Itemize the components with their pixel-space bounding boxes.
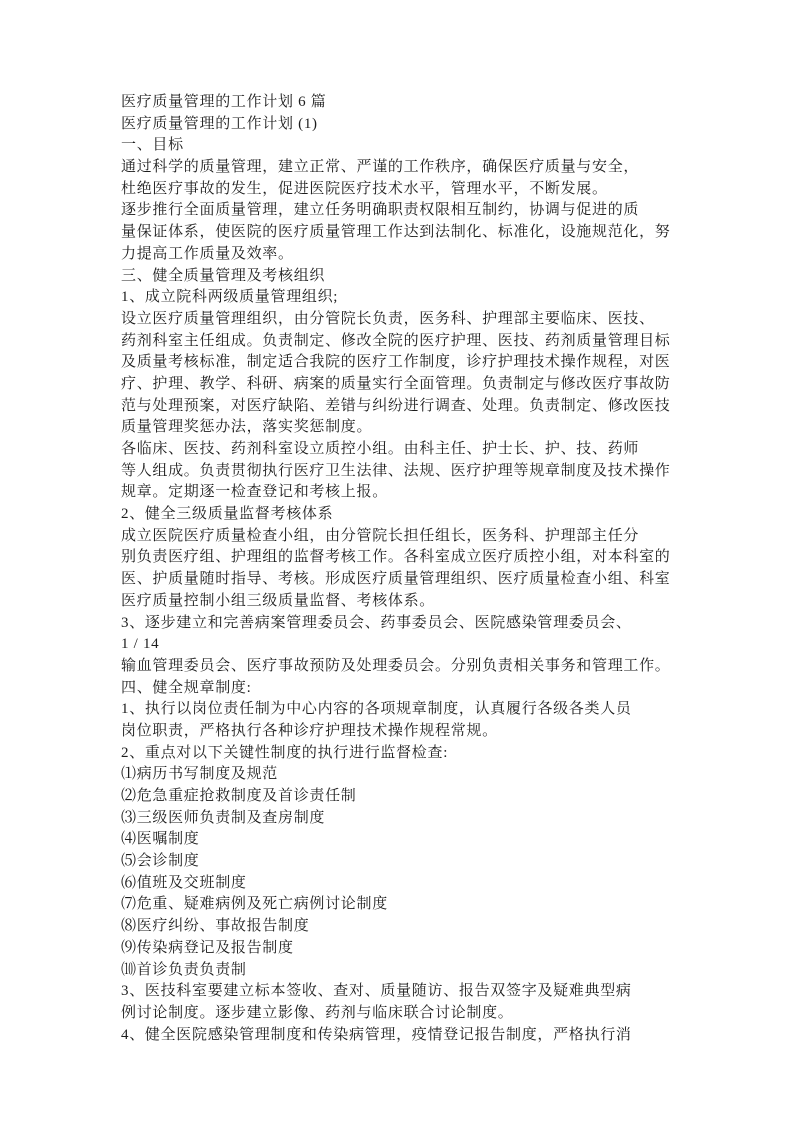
text-line: 4、健全医院感染管理制度和传染病管理，疫情登记报告制度，严格执行消 <box>121 1025 683 1047</box>
text-line: ⑹值班及交班制度 <box>121 873 683 895</box>
text-line: 设立医疗质量管理组织，由分管院长负责，医务科、护理部主要临床、医技、 <box>121 309 683 331</box>
text-line: 杜绝医疗事故的发生，促进医院医疗技术水平，管理水平，不断发展。 <box>121 179 683 201</box>
text-line: 1、执行以岗位责任制为中心内容的各项规章制度，认真履行各级各类人员 <box>121 699 683 721</box>
text-line: 逐步推行全面质量管理，建立任务明确职责权限相互制约，协调与促进的质 <box>121 200 683 222</box>
text-line: 一、目标 <box>121 135 683 157</box>
text-line: 各临床、医技、药剂科室设立质控小组。由科主任、护士长、护、技、药师 <box>121 439 683 461</box>
text-line: 医疗质量控制小组三级质量监督、考核体系。 <box>121 591 683 613</box>
document-page: 医疗质量管理的工作计划 6 篇医疗质量管理的工作计划 (1)一、目标通过科学的质… <box>0 0 793 1122</box>
text-line: 例讨论制度。逐步建立影像、药剂与临床联合讨论制度。 <box>121 1003 683 1025</box>
text-line: 等人组成。负责贯彻执行医疗卫生法律、法规、医疗护理等规章制度及技术操作 <box>121 461 683 483</box>
text-line: 岗位职责，严格执行各种诊疗护理技术操作规程常规。 <box>121 721 683 743</box>
document-title-line: 医疗质量管理的工作计划 6 篇 <box>121 92 683 114</box>
text-line: 及质量考核标准，制定适合我院的医疗工作制度，诊疗护理技术操作规程，对医 <box>121 352 683 374</box>
text-line: ⑽首诊负责负责制 <box>121 960 683 982</box>
text-line: ⑴病历书写制度及规范 <box>121 764 683 786</box>
text-line: 别负责医疗组、护理组的监督考核工作。各科室成立医疗质控小组，对本科室的 <box>121 547 683 569</box>
text-line: 2、重点对以下关键性制度的执行进行监督检查: <box>121 743 683 765</box>
text-line: ⑶三级医师负责制及查房制度 <box>121 808 683 830</box>
text-line: 输血管理委员会、医疗事故预防及处理委员会。分别负责相关事务和管理工作。 <box>121 656 683 678</box>
text-line: 3、逐步建立和完善病案管理委员会、药事委员会、医院感染管理委员会、 <box>121 613 683 635</box>
text-line: 质量管理奖惩办法，落实奖惩制度。 <box>121 417 683 439</box>
text-line: 量保证体系，使医院的医疗质量管理工作达到法制化、标准化，设施规范化，努 <box>121 222 683 244</box>
text-line: 药剂科室主任组成。负责制定、修改全院的医疗护理、医技、药剂质量管理目标 <box>121 331 683 353</box>
text-line: 疗、护理、教学、科研、病案的质量实行全面管理。负责制定与修改医疗事故防 <box>121 374 683 396</box>
text-line: 成立医院医疗质量检查小组，由分管院长担任组长，医务科、护理部主任分 <box>121 526 683 548</box>
text-line: 范与处理预案，对医疗缺陷、差错与纠纷进行调查、处理。负责制定、修改医技 <box>121 396 683 418</box>
text-line: 力提高工作质量及效率。 <box>121 244 683 266</box>
text-line: ⑺危重、疑难病例及死亡病例讨论制度 <box>121 894 683 916</box>
text-line: 2、健全三级质量监督考核体系 <box>121 504 683 526</box>
text-line: 医、护质量随时指导、考核。形成医疗质量管理组织、医疗质量检查小组、科室 <box>121 569 683 591</box>
text-line: ⑼传染病登记及报告制度 <box>121 938 683 960</box>
text-line: 通过科学的质量管理，建立正常、严谨的工作秩序，确保医疗质量与安全， <box>121 157 683 179</box>
text-line: 规章。定期逐一检查登记和考核上报。 <box>121 482 683 504</box>
text-line: ⑸会诊制度 <box>121 851 683 873</box>
text-line: ⑵危急重症抢救制度及首诊责任制 <box>121 786 683 808</box>
document-content: 医疗质量管理的工作计划 6 篇医疗质量管理的工作计划 (1)一、目标通过科学的质… <box>121 92 683 1046</box>
text-line: ⑷医嘱制度 <box>121 829 683 851</box>
text-line: 四、健全规章制度: <box>121 678 683 700</box>
document-subtitle-line: 医疗质量管理的工作计划 (1) <box>121 114 683 136</box>
text-line: ⑻医疗纠纷、事故报告制度 <box>121 916 683 938</box>
text-line: 三、健全质量管理及考核组织 <box>121 266 683 288</box>
text-line: 3、医技科室要建立标本签收、查对、质量随访、报告双签字及疑难典型病 <box>121 981 683 1003</box>
text-line: 1、成立院科两级质量管理组织; <box>121 287 683 309</box>
page-number-line: 1 / 14 <box>121 634 683 656</box>
